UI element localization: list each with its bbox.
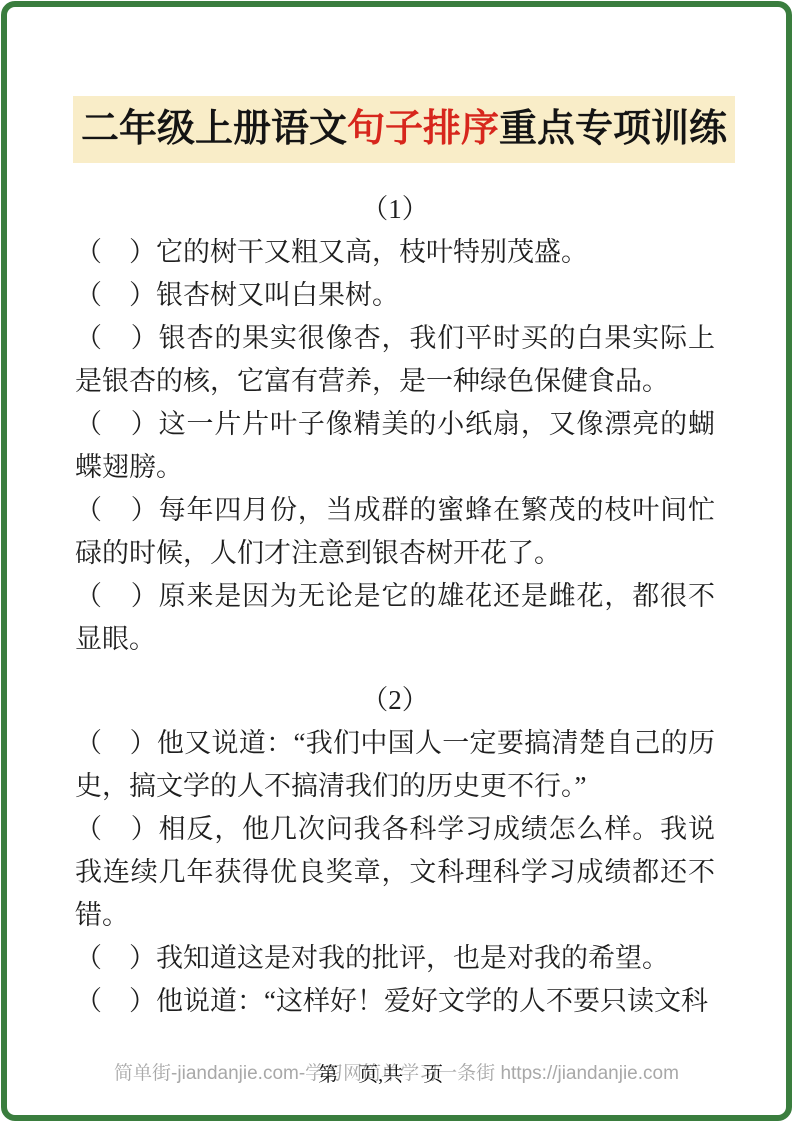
- page-number-field: 第 页,共 页: [318, 1061, 443, 1089]
- worksheet-content: （1） （ ）它的树干又粗又高，枝叶特别茂盛。 （ ）银杏树又叫白果树。 （ ）…: [75, 188, 715, 1023]
- worksheet-page: 二年级上册语文句子排序重点专项训练 （1） （ ）它的树干又粗又高，枝叶特别茂盛…: [0, 0, 793, 1122]
- section-2-sentence-2: （ ）相反，他几次问我各科学习成绩怎么样。我说我连续几年获得优良奖章，文科理科学…: [75, 808, 715, 937]
- section-1-sentence-4: （ ）这一片片叶子像精美的小纸扇，又像漂亮的蝴蝶翅膀。: [75, 403, 715, 489]
- section-2-label: （2）: [75, 679, 715, 722]
- title-suffix: 重点专项训练: [499, 108, 727, 150]
- section-2-sentence-1: （ ）他又说道：“我们中国人一定要搞清楚自己的历史，搞文学的人不搞清我们的历史更…: [75, 722, 715, 808]
- section-1-sentence-1: （ ）它的树干又粗又高，枝叶特别茂盛。: [75, 231, 715, 274]
- section-1-sentence-3: （ ）银杏的果实很像杏，我们平时买的白果实际上是银杏的核，它富有营养，是一种绿色…: [75, 317, 715, 403]
- section-1-sentence-2: （ ）银杏树又叫白果树。: [75, 274, 715, 317]
- section-1-sentence-5: （ ）每年四月份，当成群的蜜蜂在繁茂的枝叶间忙碌的时候，人们才注意到银杏树开花了…: [75, 489, 715, 575]
- title-prefix: 二年级上册语文: [81, 108, 347, 150]
- page-footer: 简单街-jiandanjie.com-学习网简单学习一条街 https://ji…: [0, 1058, 793, 1090]
- section-2-sentence-4: （ ）他说道：“这样好！爱好文学的人不要只读文科: [75, 980, 715, 1023]
- title-highlight: 句子排序: [347, 108, 499, 150]
- section-2-sentence-3: （ ）我知道这是对我的批评，也是对我的希望。: [75, 937, 715, 980]
- worksheet-title: 二年级上册语文句子排序重点专项训练: [73, 96, 735, 163]
- section-1-sentence-6: （ ）原来是因为无论是它的雄花还是雌花，都很不显眼。: [75, 575, 715, 661]
- section-1-label: （1）: [75, 188, 715, 231]
